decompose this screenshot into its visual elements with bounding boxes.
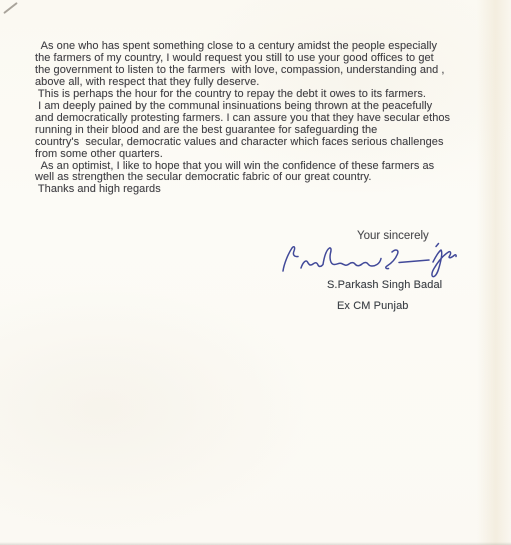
letter-body-line: I am deeply pained by the communal insin… xyxy=(35,101,485,113)
scan-corner-mark xyxy=(3,2,18,14)
signature-ink-icon xyxy=(280,241,475,279)
letter-body-line: country's secular, democratic values and… xyxy=(35,137,485,149)
signatory-name: S.Parkash Singh Badal xyxy=(327,279,442,291)
signatory-title: Ex CM Punjab xyxy=(337,300,409,312)
letter-body-line: This is perhaps the hour for the country… xyxy=(35,89,485,101)
scan-edge-shading xyxy=(477,0,511,545)
letter-body-line: and democratically protesting farmers. I… xyxy=(35,113,485,125)
letter-body-line: from some other quarters. xyxy=(35,149,485,161)
letter-body-line: running in their blood and are the best … xyxy=(35,125,485,137)
letter-body-line: Thanks and high regards xyxy=(35,184,485,196)
handwritten-signature xyxy=(280,241,475,279)
scanned-letter-page: As one who has spent something close to … xyxy=(0,0,511,545)
letter-body: As one who has spent something close to … xyxy=(35,41,485,196)
